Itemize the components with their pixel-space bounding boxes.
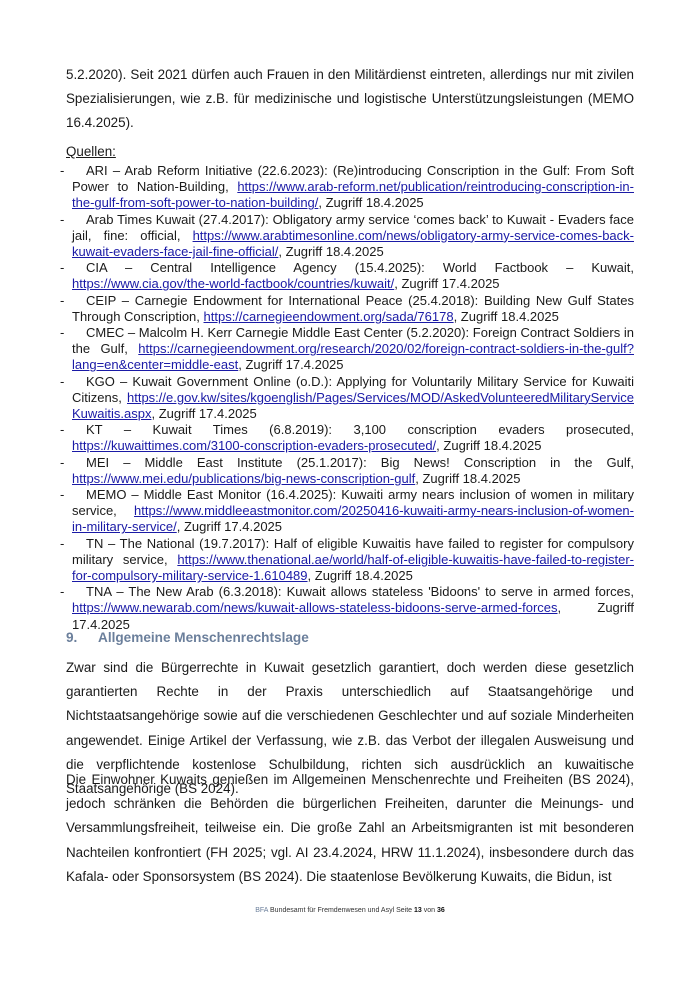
source-link[interactable]: https://www.newarab.com/news/kuwait-allo…	[72, 600, 558, 615]
section-number: 9.	[66, 630, 98, 645]
list-dash: -	[60, 487, 64, 503]
source-item: -KGO – Kuwait Government Online (o.D.): …	[66, 374, 634, 423]
page-footer: BFA Bundesamt für Fremdenwesen und Asyl …	[0, 907, 700, 914]
footer-brand: BFA	[255, 907, 268, 914]
source-link[interactable]: https://carnegieendowment.org/research/2…	[72, 341, 634, 372]
source-link[interactable]: https://www.cia.gov/the-world-factbook/c…	[72, 276, 394, 291]
list-dash: -	[60, 455, 64, 471]
list-dash: -	[60, 584, 64, 600]
sources-heading: Quellen:	[66, 144, 116, 159]
list-dash: -	[60, 293, 64, 309]
footer-page-total: 36	[437, 907, 445, 914]
source-link[interactable]: https://kuwaittimes.com/3100-conscriptio…	[72, 438, 436, 453]
list-dash: -	[60, 422, 64, 438]
footer-agency: Bundesamt für Fremdenwesen und Asyl Seit…	[268, 907, 414, 914]
section-heading: 9.Allgemeine Menschenrechtslage	[66, 630, 309, 645]
source-item: -ARI – Arab Reform Initiative (22.6.2023…	[66, 163, 634, 212]
source-item: -CMEC – Malcolm H. Kerr Carnegie Middle …	[66, 325, 634, 374]
list-dash: -	[60, 163, 64, 179]
source-item: -MEMO – Middle East Monitor (16.4.2025):…	[66, 487, 634, 536]
list-dash: -	[60, 325, 64, 341]
body-paragraph: Die Einwohner Kuwaits genießen im Allgem…	[66, 768, 634, 889]
source-item: -CIA – Central Intelligence Agency (15.4…	[66, 260, 634, 292]
section-title: Allgemeine Menschenrechtslage	[98, 630, 309, 645]
source-item: -Arab Times Kuwait (27.4.2017): Obligato…	[66, 212, 634, 261]
source-link[interactable]: https://www.mei.edu/publications/big-new…	[72, 471, 415, 486]
source-item: -TN – The National (19.7.2017): Half of …	[66, 536, 634, 585]
sources-list: -ARI – Arab Reform Initiative (22.6.2023…	[66, 163, 634, 633]
source-link[interactable]: https://carnegieendowment.org/sada/76178	[204, 309, 454, 324]
source-item: -TNA – The New Arab (6.3.2018): Kuwait a…	[66, 584, 634, 633]
list-dash: -	[60, 260, 64, 276]
intro-paragraph: 5.2.2020). Seit 2021 dürfen auch Frauen …	[66, 63, 634, 136]
list-dash: -	[60, 374, 64, 390]
footer-page-number: 13	[414, 907, 422, 914]
source-link[interactable]: https://www.middleeastmonitor.com/202504…	[72, 503, 634, 534]
source-item: -CEIP – Carnegie Endowment for Internati…	[66, 293, 634, 325]
source-item: -KT – Kuwait Times (6.8.2019): 3,100 con…	[66, 422, 634, 454]
list-dash: -	[60, 536, 64, 552]
source-item: -MEI – Middle East Institute (25.1.2017)…	[66, 455, 634, 487]
list-dash: -	[60, 212, 64, 228]
